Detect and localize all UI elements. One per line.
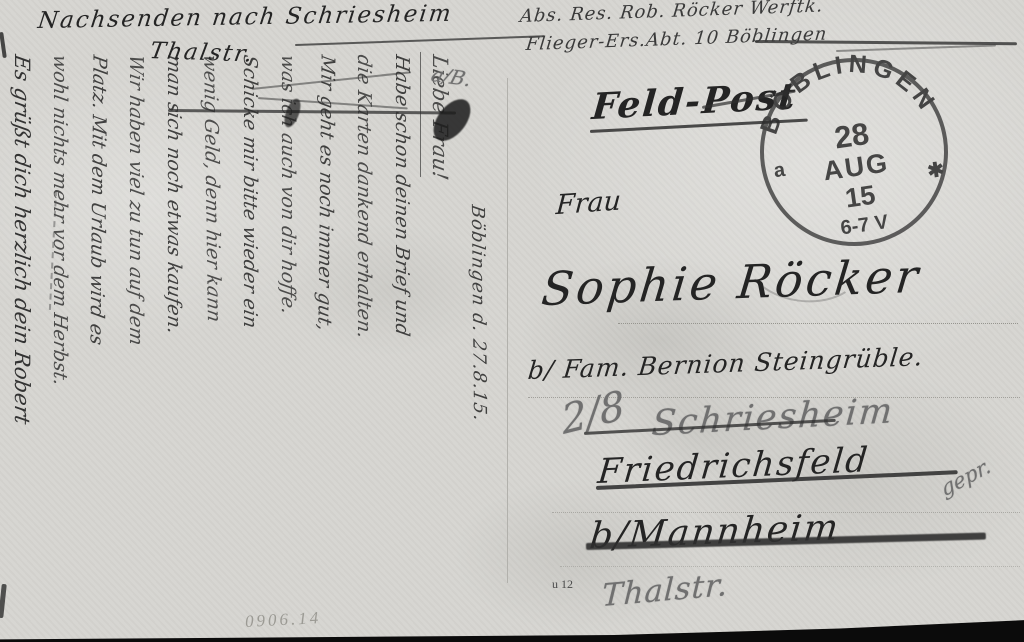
message-line: wenig Geld, denn hier kann: [193, 55, 231, 635]
message-line: wohl nichts mehr vor dem Herbst.: [41, 55, 79, 635]
center-divider-line: [507, 78, 508, 583]
printed-bottom-code: 0906.14: [245, 608, 322, 632]
message-line: Wir haben viel zu tun auf dem: [117, 55, 155, 635]
postmark-right-mark: ✱: [926, 159, 946, 183]
pencil-street: Thalstr.: [601, 567, 729, 614]
message-line: Platz. Mit dem Urlaub wird es: [79, 55, 117, 635]
message-line: die Karten dankend erhalten.: [345, 55, 383, 635]
address-salutation: Frau: [555, 185, 622, 221]
message-line: Habe schon deinen Brief und: [383, 55, 421, 635]
sender-line1: Abs. Res. Rob. Röcker Werftk.: [519, 0, 825, 27]
sender-line2: Flieger-Ers.Abt. 10 Böblingen: [525, 23, 829, 55]
message-greeting: Liebe Frau!: [421, 55, 459, 635]
postcard: Böblingen d. 27.8.15. Liebe Frau! Habe s…: [0, 0, 1024, 642]
forwarding-note-line1: Nachsenden nach Schriesheim: [36, 1, 454, 34]
handwritten-message-block: Böblingen d. 27.8.15. Liebe Frau! Habe s…: [0, 55, 497, 635]
pencil-fraction: 2/8: [560, 382, 627, 444]
pencil-check-note: gepr.: [938, 453, 994, 501]
postmark-month: AUG: [821, 147, 891, 186]
postmark-left-mark: a: [772, 159, 787, 182]
struck-town-mannheim: b/Mannheim: [588, 507, 842, 557]
forwarding-note-line2: Thalstr.: [148, 38, 257, 67]
message-line: Mir geht es noch immer gut,: [307, 55, 345, 635]
address-dotted-line-1: [618, 323, 1018, 324]
address-dotted-line-4: [560, 566, 1020, 567]
message-line: man sich noch etwas kaufen.: [155, 55, 193, 635]
underline-stroke: [295, 35, 545, 46]
message-line: was ich auch von dir hoffe.: [269, 55, 307, 635]
message-signature-line: Es grüßt dich herzlich dein Robert: [3, 55, 41, 635]
address-name: Sophie Röcker: [539, 249, 923, 316]
message-date-line: Böblingen d. 27.8.15.: [459, 55, 497, 635]
address-care-of-line: b/ Fam. Bernion Steingrüble.: [526, 342, 925, 385]
series-mark: u 12: [552, 577, 573, 592]
message-line: Schicke mir bitte wieder ein: [231, 55, 269, 635]
scan-background: { "postcard": { "forwarding_note": { "li…: [0, 0, 1024, 642]
pencil-town: Schriesheim: [650, 391, 896, 444]
postmark-year: 15: [843, 180, 877, 214]
